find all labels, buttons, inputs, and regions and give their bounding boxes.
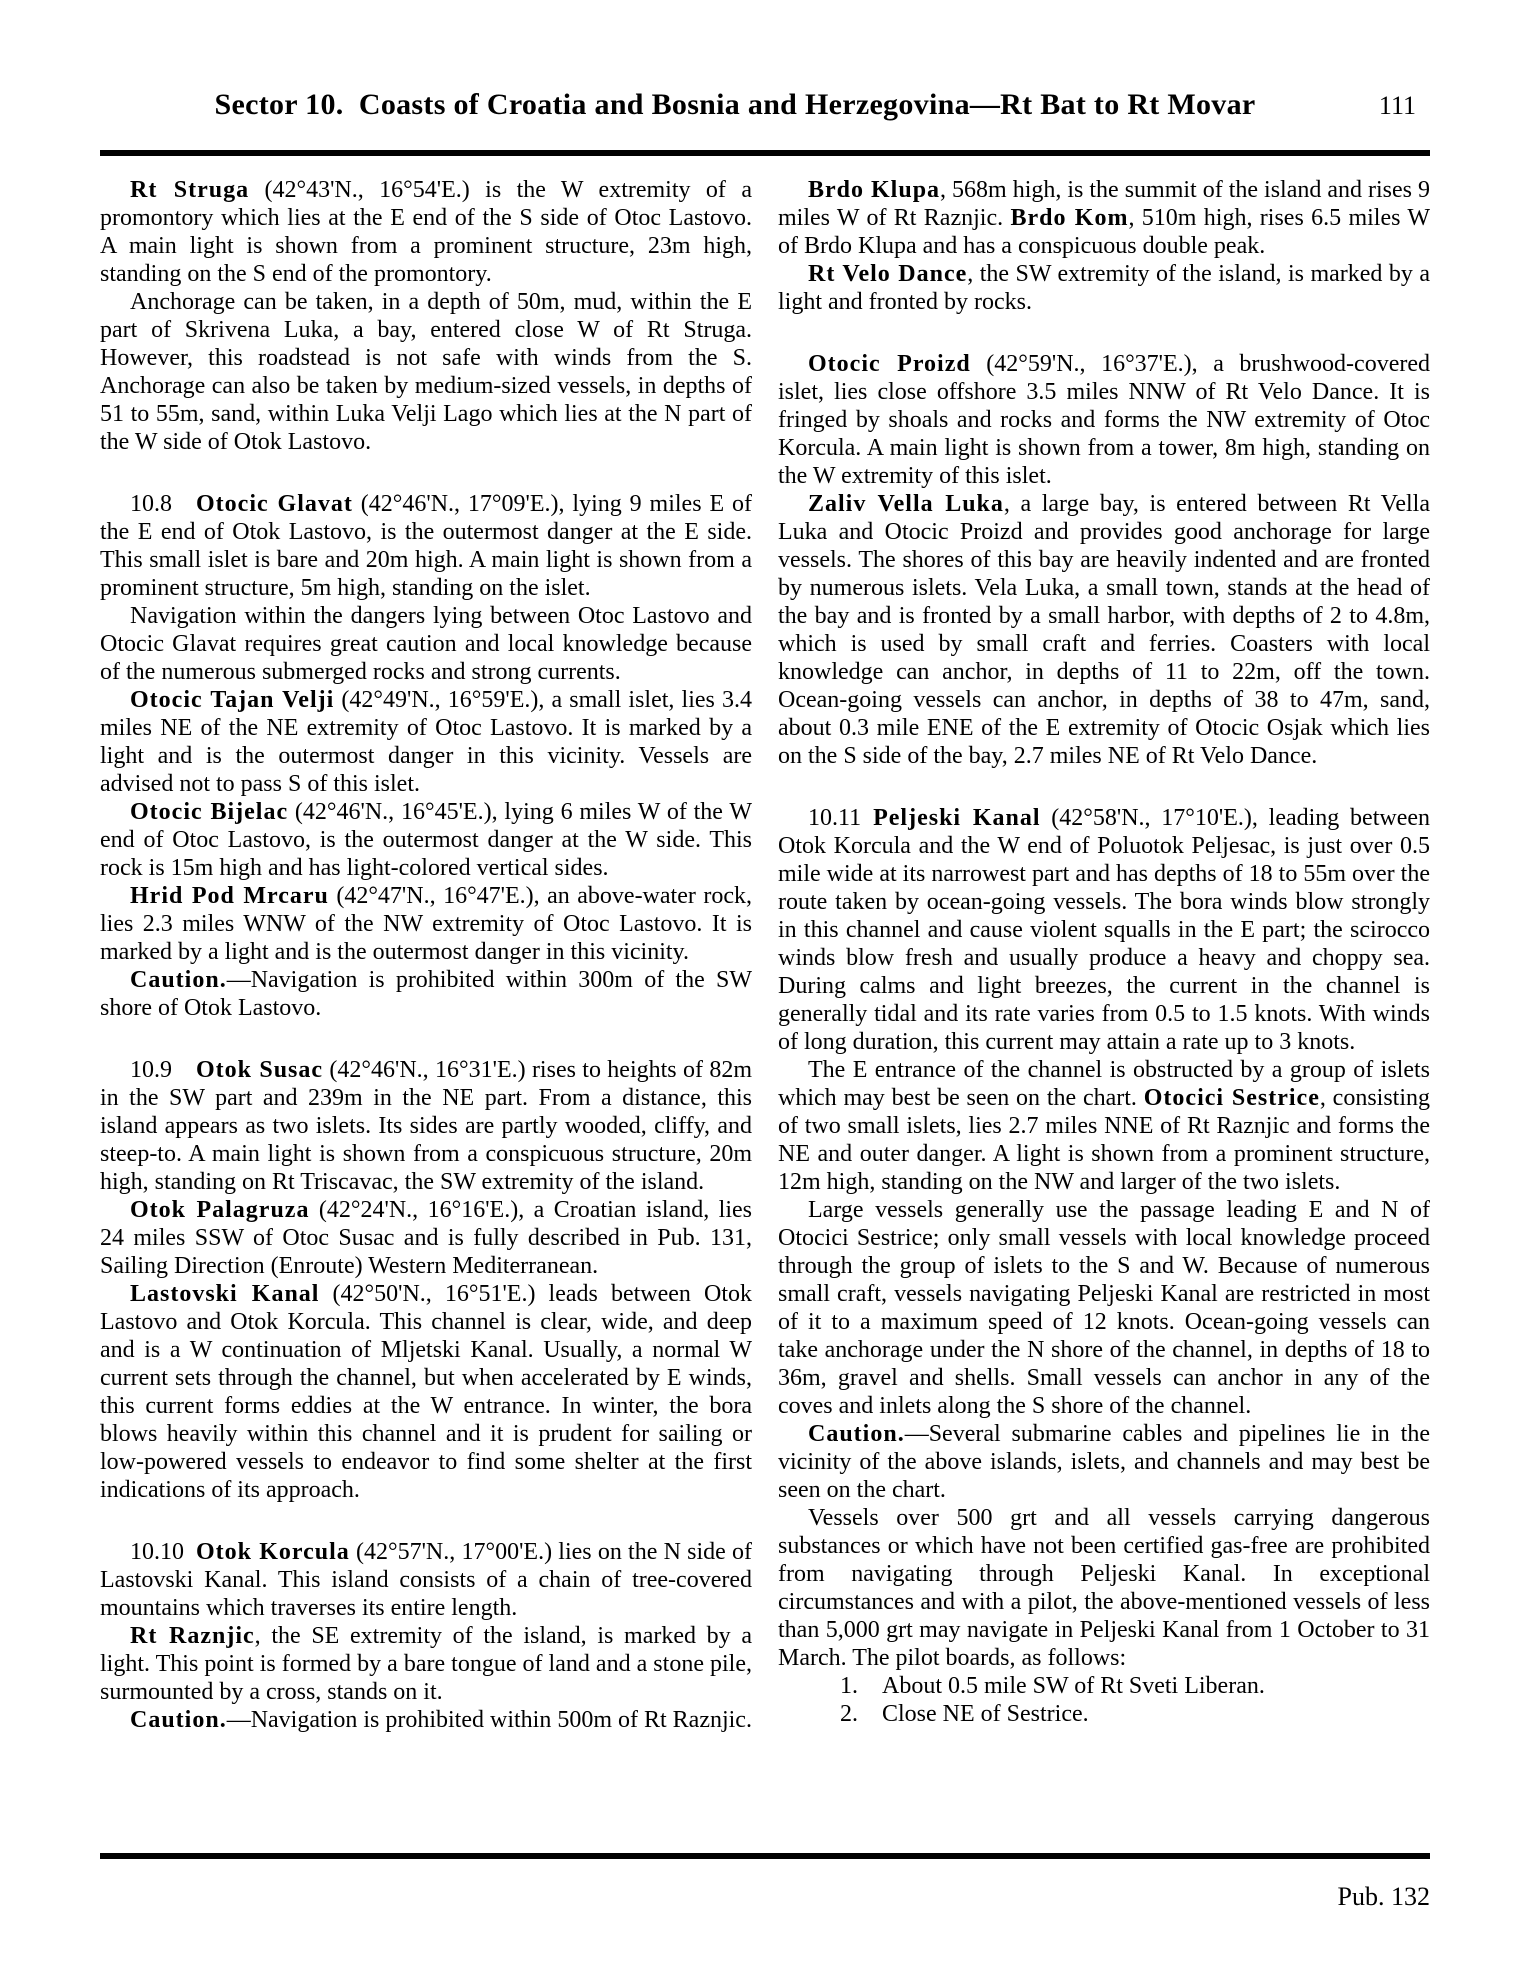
feature-name: Zaliv Vella Luka bbox=[808, 491, 1004, 517]
body-text: Navigation within the dangers lying betw… bbox=[100, 603, 752, 685]
feature-name: Otocici Sestrice bbox=[1144, 1085, 1320, 1111]
paragraph: Large vessels generally use the passage … bbox=[778, 1196, 1430, 1420]
feature-name: Hrid Pod Mrcaru bbox=[130, 883, 329, 909]
feature-name: Peljeski Kanal bbox=[873, 805, 1040, 831]
body-text: 10.10 bbox=[130, 1539, 196, 1565]
page-number: 111 bbox=[1379, 91, 1416, 121]
paragraph: Caution.—Navigation is prohibited within… bbox=[100, 1706, 752, 1734]
section-title: Sector 10. Coasts of Croatia and Bosnia … bbox=[100, 88, 1430, 122]
feature-name: Otok Palagruza bbox=[130, 1197, 309, 1223]
paragraph: 10.10 Otok Korcula (42°57'N., 17°00'E.) … bbox=[100, 1538, 752, 1622]
column-right: Brdo Klupa, 568m high, is the summit of … bbox=[778, 176, 1430, 1734]
body-text: —Navigation is prohibited within 500m of… bbox=[227, 1707, 752, 1733]
body-text: Anchorage can be taken, in a depth of 50… bbox=[100, 289, 752, 455]
feature-name: Otok Korcula bbox=[196, 1539, 350, 1565]
feature-name: Rt Raznjic bbox=[130, 1623, 255, 1649]
paragraph: Otocic Proizd (42°59'N., 16°37'E.), a br… bbox=[778, 350, 1430, 490]
body-text: Vessels over 500 grt and all vessels car… bbox=[778, 1505, 1430, 1671]
feature-name: Otocic Bijelac bbox=[130, 799, 288, 825]
paragraph: Navigation within the dangers lying betw… bbox=[100, 602, 752, 686]
feature-name: Brdo Kom bbox=[1010, 205, 1128, 231]
body-text: 10.8 bbox=[130, 491, 196, 517]
paragraph: Otocic Tajan Velji (42°49'N., 16°59'E.),… bbox=[100, 686, 752, 798]
body-text: 1. About 0.5 mile SW of Rt Sveti Liberan… bbox=[840, 1673, 1265, 1699]
list-item: 1. About 0.5 mile SW of Rt Sveti Liberan… bbox=[778, 1672, 1430, 1700]
feature-name: Caution. bbox=[130, 967, 227, 993]
feature-name: Otocic Tajan Velji bbox=[130, 687, 334, 713]
paragraph: Lastovski Kanal (42°50'N., 16°51'E.) lea… bbox=[100, 1280, 752, 1504]
body-text: Large vessels generally use the passage … bbox=[778, 1197, 1430, 1419]
body-text: (42°50'N., 16°51'E.) leads between Otok … bbox=[100, 1281, 752, 1503]
paragraph: Caution.—Several submarine cables and pi… bbox=[778, 1420, 1430, 1504]
list-item: 2. Close NE of Sestrice. bbox=[778, 1700, 1430, 1728]
paragraph: Otok Palagruza (42°24'N., 16°16'E.), a C… bbox=[100, 1196, 752, 1280]
paragraph: Hrid Pod Mrcaru (42°47'N., 16°47'E.), an… bbox=[100, 882, 752, 966]
feature-name: Otocic Glavat bbox=[196, 491, 353, 517]
paragraph: 10.8 Otocic Glavat (42°46'N., 17°09'E.),… bbox=[100, 490, 752, 602]
page-header: Sector 10. Coasts of Croatia and Bosnia … bbox=[100, 88, 1430, 138]
paragraph: Rt Raznjic, the SE extremity of the isla… bbox=[100, 1622, 752, 1706]
footer-divider bbox=[100, 1853, 1430, 1859]
document-page: Sector 10. Coasts of Croatia and Bosnia … bbox=[0, 0, 1530, 1980]
body-text: 10.11 bbox=[808, 805, 873, 831]
body-text: , a large bay, is entered between Rt Vel… bbox=[778, 491, 1430, 769]
feature-name: Brdo Klupa bbox=[808, 177, 940, 203]
text-columns: Rt Struga (42°43'N., 16°54'E.) is the W … bbox=[100, 176, 1430, 1734]
paragraph: The E entrance of the channel is obstruc… bbox=[778, 1056, 1430, 1196]
paragraph: Otocic Bijelac (42°46'N., 16°45'E.), lyi… bbox=[100, 798, 752, 882]
feature-name: Otok Susac bbox=[196, 1057, 323, 1083]
paragraph: Brdo Klupa, 568m high, is the summit of … bbox=[778, 176, 1430, 260]
feature-name: Lastovski Kanal bbox=[130, 1281, 319, 1307]
body-text: 10.9 bbox=[130, 1057, 196, 1083]
paragraph: Anchorage can be taken, in a depth of 50… bbox=[100, 288, 752, 456]
feature-name: Caution. bbox=[808, 1421, 905, 1447]
column-left: Rt Struga (42°43'N., 16°54'E.) is the W … bbox=[100, 176, 752, 1734]
paragraph: 10.9 Otok Susac (42°46'N., 16°31'E.) ris… bbox=[100, 1056, 752, 1196]
paragraph: Rt Velo Dance, the SW extremity of the i… bbox=[778, 260, 1430, 316]
paragraph: Caution.—Navigation is prohibited within… bbox=[100, 966, 752, 1022]
body-text: 2. Close NE of Sestrice. bbox=[840, 1701, 1089, 1727]
body-text: (42°58'N., 17°10'E.), leading between Ot… bbox=[778, 805, 1430, 1055]
paragraph: 10.11 Peljeski Kanal (42°58'N., 17°10'E.… bbox=[778, 804, 1430, 1056]
paragraph: Vessels over 500 grt and all vessels car… bbox=[778, 1504, 1430, 1672]
feature-name: Rt Velo Dance bbox=[808, 261, 967, 287]
feature-name: Rt Struga bbox=[130, 177, 249, 203]
header-divider bbox=[100, 150, 1430, 156]
feature-name: Otocic Proizd bbox=[808, 351, 971, 377]
paragraph: Zaliv Vella Luka, a large bay, is entere… bbox=[778, 490, 1430, 770]
publication-number: Pub. 132 bbox=[1338, 1882, 1430, 1912]
paragraph: Rt Struga (42°43'N., 16°54'E.) is the W … bbox=[100, 176, 752, 288]
feature-name: Caution. bbox=[130, 1707, 227, 1733]
